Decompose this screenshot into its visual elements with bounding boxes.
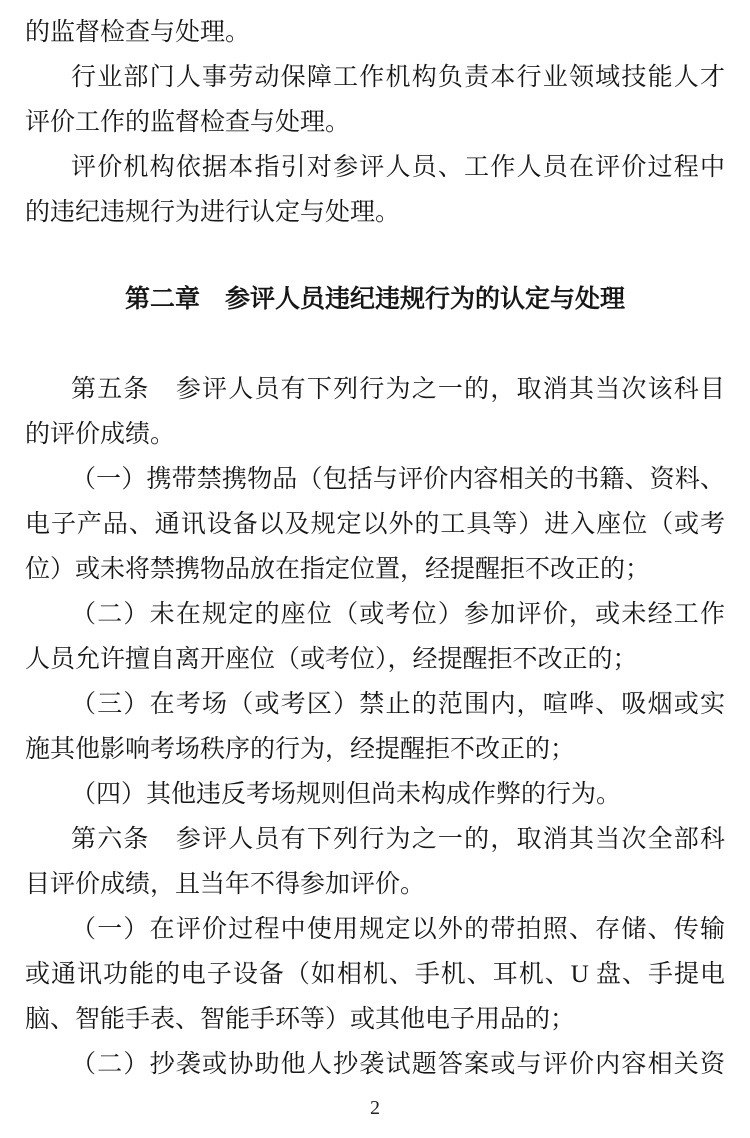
text-line: 行业部门人事劳动保障工作机构负责本行业领域技能人才 xyxy=(25,55,725,100)
paragraph: （四）其他违反考场规则但尚未构成作弊的行为。 xyxy=(25,772,725,817)
text-line: 评价工作的监督检查与处理。 xyxy=(25,100,725,145)
paragraph: （一）携带禁携物品（包括与评价内容相关的书籍、资料、电子产品、通讯设备以及规定以… xyxy=(25,457,725,592)
text-line: 目评价成绩，且当年不得参加评价。 xyxy=(25,862,725,907)
document-body: 的监督检查与处理。行业部门人事劳动保障工作机构负责本行业领域技能人才评价工作的监… xyxy=(0,0,750,1087)
paragraph: （二）抄袭或协助他人抄袭试题答案或与评价内容相关资 xyxy=(25,1042,725,1087)
paragraph: （二）未在规定的座位（或考位）参加评价，或未经工作人员允许擅自离开座位（或考位）… xyxy=(25,592,725,682)
text-line: 的评价成绩。 xyxy=(25,412,725,457)
text-line: 或通讯功能的电子设备（如相机、手机、耳机、U 盘、手提电 xyxy=(25,952,725,997)
chapter-heading: 第二章 参评人员违纪违规行为的认定与处理 xyxy=(25,277,725,322)
text-line: 的违纪违规行为进行认定与处理。 xyxy=(25,190,725,235)
text-line: 评价机构依据本指引对参评人员、工作人员在评价过程中 xyxy=(25,145,725,190)
text-line: 脑、智能手表、智能手环等）或其他电子用品的； xyxy=(25,997,725,1042)
text-line: 施其他影响考场秩序的行为，经提醒拒不改正的； xyxy=(25,727,725,772)
page-number: 2 xyxy=(0,1095,750,1121)
text-line: 电子产品、通讯设备以及规定以外的工具等）进入座位（或考 xyxy=(25,502,725,547)
text-line: （三）在考场（或考区）禁止的范围内，喧哗、吸烟或实 xyxy=(25,682,725,727)
paragraph: 评价机构依据本指引对参评人员、工作人员在评价过程中的违纪违规行为进行认定与处理。 xyxy=(25,145,725,235)
text-line: （四）其他违反考场规则但尚未构成作弊的行为。 xyxy=(25,772,725,817)
text-line: 人员允许擅自离开座位（或考位），经提醒拒不改正的； xyxy=(25,637,725,682)
text-line: （二）未在规定的座位（或考位）参加评价，或未经工作 xyxy=(25,592,725,637)
paragraph: 行业部门人事劳动保障工作机构负责本行业领域技能人才评价工作的监督检查与处理。 xyxy=(25,55,725,145)
paragraph: 的监督检查与处理。 xyxy=(25,10,725,55)
text-line: （一）在评价过程中使用规定以外的带拍照、存储、传输 xyxy=(25,907,725,952)
chapter-heading-text: 第二章 参评人员违纪违规行为的认定与处理 xyxy=(25,277,725,322)
text-line: 位）或未将禁携物品放在指定位置，经提醒拒不改正的； xyxy=(25,547,725,592)
text-line: （一）携带禁携物品（包括与评价内容相关的书籍、资料、 xyxy=(25,457,725,502)
text-line: （二）抄袭或协助他人抄袭试题答案或与评价内容相关资 xyxy=(25,1042,725,1087)
paragraph: （三）在考场（或考区）禁止的范围内，喧哗、吸烟或实施其他影响考场秩序的行为，经提… xyxy=(25,682,725,772)
text-line: 的监督检查与处理。 xyxy=(25,10,725,55)
text-line: 第六条 参评人员有下列行为之一的，取消其当次全部科 xyxy=(25,817,725,862)
paragraph: （一）在评价过程中使用规定以外的带拍照、存储、传输或通讯功能的电子设备（如相机、… xyxy=(25,907,725,1042)
document-page: 的监督检查与处理。行业部门人事劳动保障工作机构负责本行业领域技能人才评价工作的监… xyxy=(0,0,750,1138)
text-line: 第五条 参评人员有下列行为之一的，取消其当次该科目 xyxy=(25,367,725,412)
paragraph: 第五条 参评人员有下列行为之一的，取消其当次该科目的评价成绩。 xyxy=(25,367,725,457)
paragraph: 第六条 参评人员有下列行为之一的，取消其当次全部科目评价成绩，且当年不得参加评价… xyxy=(25,817,725,907)
